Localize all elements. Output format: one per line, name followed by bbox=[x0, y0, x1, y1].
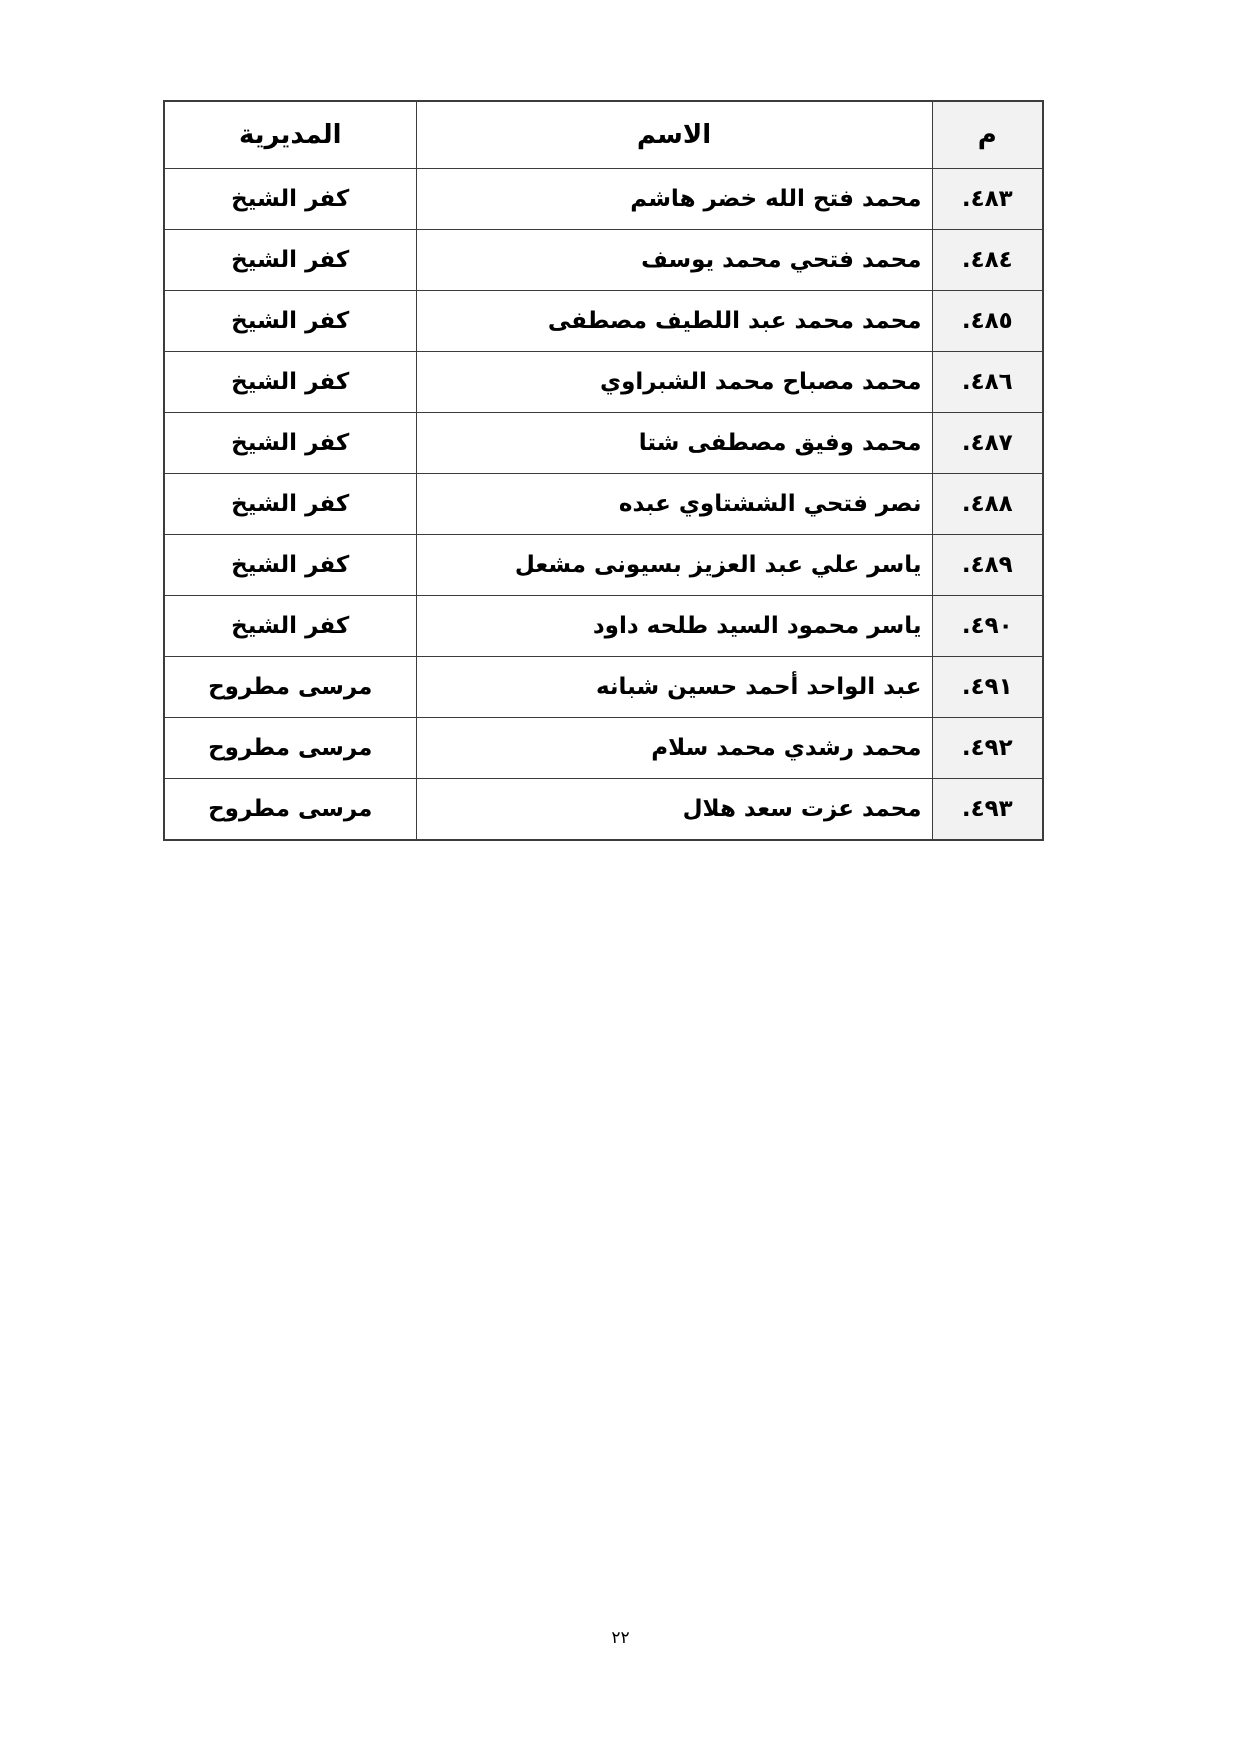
cell-number: ٤٨٥. bbox=[932, 291, 1043, 352]
cell-name: محمد وفيق مصطفى شتا bbox=[416, 413, 932, 474]
cell-name: محمد محمد عبد اللطيف مصطفى bbox=[416, 291, 932, 352]
cell-name: نصر فتحي الششتاوي عبده bbox=[416, 474, 932, 535]
cell-number: ٤٨٧. bbox=[932, 413, 1043, 474]
cell-name: محمد فتح الله خضر هاشم bbox=[416, 169, 932, 230]
cell-number: ٤٩٣. bbox=[932, 779, 1043, 841]
header-directorate: المديرية bbox=[164, 101, 416, 169]
cell-number: ٤٩٠. bbox=[932, 596, 1043, 657]
cell-name: ياسر علي عبد العزيز بسيونى مشعل bbox=[416, 535, 932, 596]
cell-name: محمد فتحي محمد يوسف bbox=[416, 230, 932, 291]
cell-name: عبد الواحد أحمد حسين شبانه bbox=[416, 657, 932, 718]
header-name: الاسم bbox=[416, 101, 932, 169]
cell-number: ٤٨٦. bbox=[932, 352, 1043, 413]
table-row: ٤٩٣.محمد عزت سعد هلالمرسى مطروح bbox=[164, 779, 1043, 841]
table-row: ٤٨٧.محمد وفيق مصطفى شتاكفر الشيخ bbox=[164, 413, 1043, 474]
cell-directorate: كفر الشيخ bbox=[164, 596, 416, 657]
table-row: ٤٩١.عبد الواحد أحمد حسين شبانهمرسى مطروح bbox=[164, 657, 1043, 718]
cell-name: محمد مصباح محمد الشبراوي bbox=[416, 352, 932, 413]
cell-number: ٤٨٣. bbox=[932, 169, 1043, 230]
cell-directorate: كفر الشيخ bbox=[164, 352, 416, 413]
roster-table-grid: م الاسم المديرية ٤٨٣.محمد فتح الله خضر ه… bbox=[163, 100, 1044, 841]
roster-table: م الاسم المديرية ٤٨٣.محمد فتح الله خضر ه… bbox=[165, 100, 1044, 841]
table-row: ٤٨٣.محمد فتح الله خضر هاشمكفر الشيخ bbox=[164, 169, 1043, 230]
table-row: ٤٨٩.ياسر علي عبد العزيز بسيونى مشعلكفر ا… bbox=[164, 535, 1043, 596]
table-row: ٤٩٠.ياسر محمود السيد طلحه داودكفر الشيخ bbox=[164, 596, 1043, 657]
cell-directorate: مرسى مطروح bbox=[164, 718, 416, 779]
cell-directorate: كفر الشيخ bbox=[164, 474, 416, 535]
cell-directorate: مرسى مطروح bbox=[164, 657, 416, 718]
page-number: ٢٢ bbox=[0, 1628, 1241, 1648]
cell-name: ياسر محمود السيد طلحه داود bbox=[416, 596, 932, 657]
cell-directorate: كفر الشيخ bbox=[164, 535, 416, 596]
cell-directorate: مرسى مطروح bbox=[164, 779, 416, 841]
table-row: ٤٨٤.محمد فتحي محمد يوسفكفر الشيخ bbox=[164, 230, 1043, 291]
table-row: ٤٨٨.نصر فتحي الششتاوي عبدهكفر الشيخ bbox=[164, 474, 1043, 535]
cell-name: محمد رشدي محمد سلام bbox=[416, 718, 932, 779]
table-row: ٤٨٥.محمد محمد عبد اللطيف مصطفىكفر الشيخ bbox=[164, 291, 1043, 352]
cell-directorate: كفر الشيخ bbox=[164, 230, 416, 291]
cell-number: ٤٨٨. bbox=[932, 474, 1043, 535]
table-row: ٤٩٢.محمد رشدي محمد سلاممرسى مطروح bbox=[164, 718, 1043, 779]
cell-directorate: كفر الشيخ bbox=[164, 413, 416, 474]
table-row: ٤٨٦.محمد مصباح محمد الشبراويكفر الشيخ bbox=[164, 352, 1043, 413]
cell-number: ٤٩٢. bbox=[932, 718, 1043, 779]
cell-name: محمد عزت سعد هلال bbox=[416, 779, 932, 841]
cell-number: ٤٨٤. bbox=[932, 230, 1043, 291]
cell-number: ٤٨٩. bbox=[932, 535, 1043, 596]
cell-number: ٤٩١. bbox=[932, 657, 1043, 718]
header-number: م bbox=[932, 101, 1043, 169]
cell-directorate: كفر الشيخ bbox=[164, 169, 416, 230]
cell-directorate: كفر الشيخ bbox=[164, 291, 416, 352]
header-row: م الاسم المديرية bbox=[164, 101, 1043, 169]
